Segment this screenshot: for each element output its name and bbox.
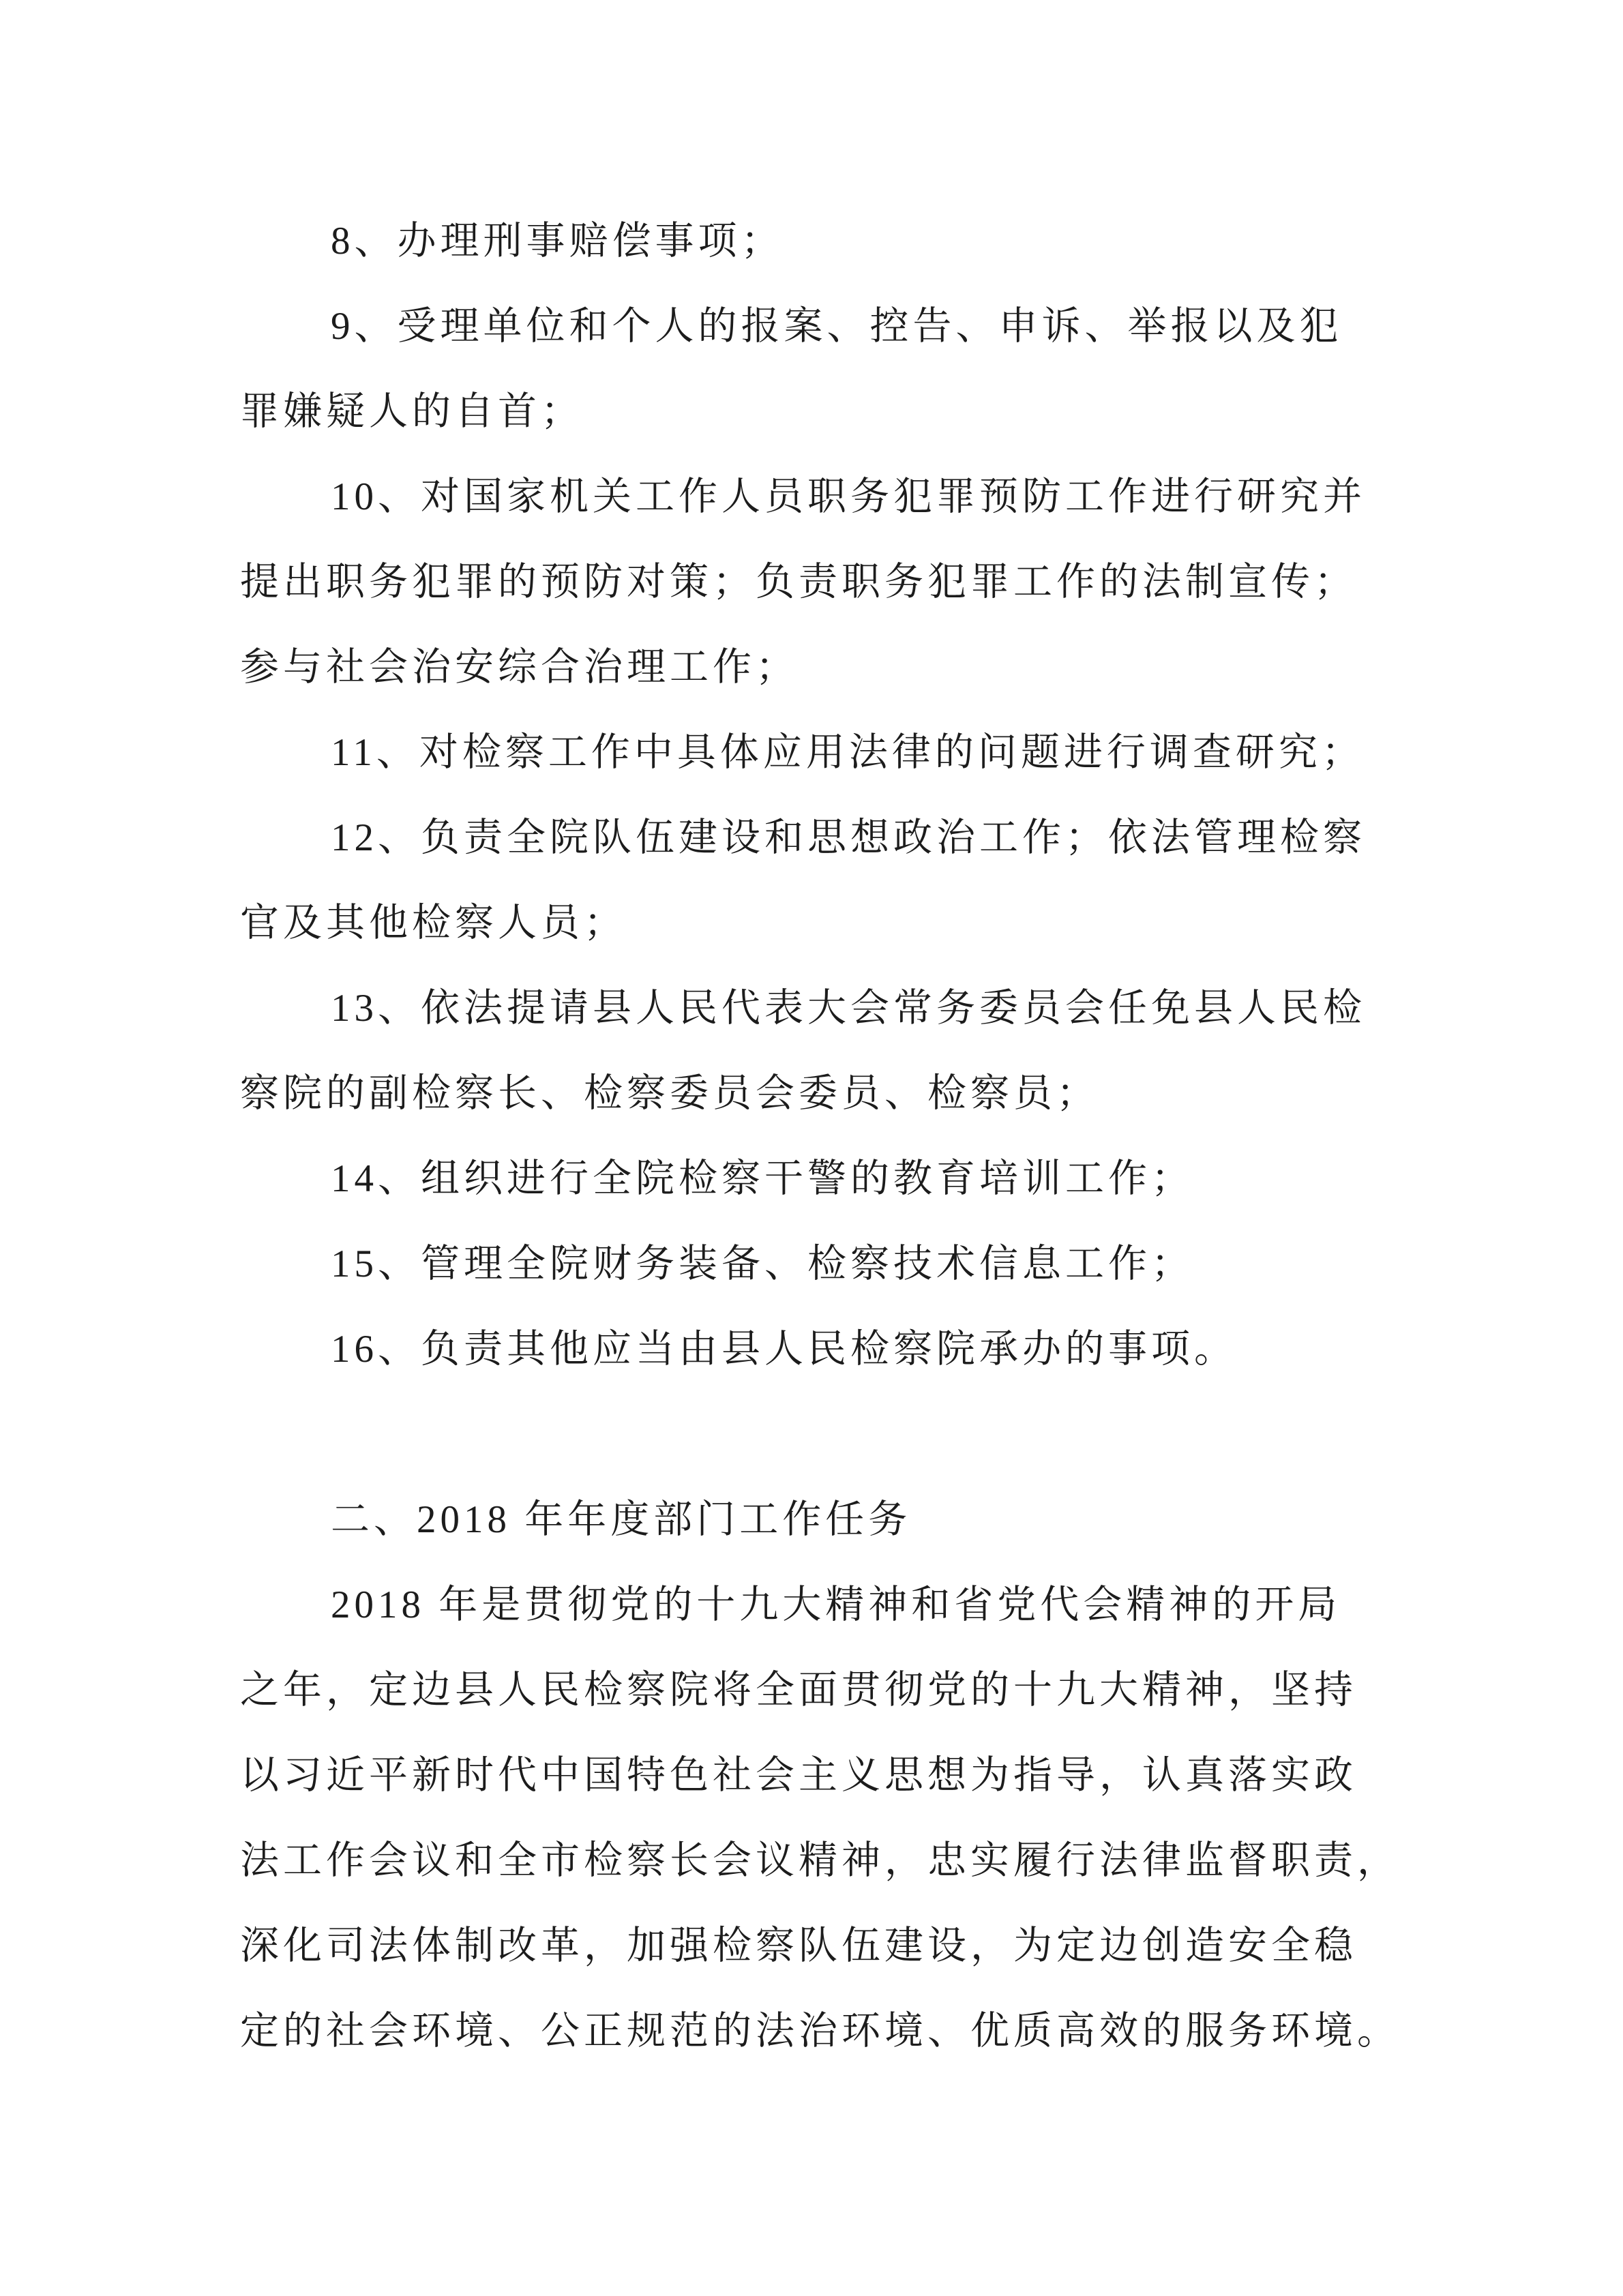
text-line: 参与社会治安综合治理工作； bbox=[240, 625, 1427, 710]
text-line: 10、对国家机关工作人员职务犯罪预防工作进行研究并 bbox=[240, 454, 1427, 539]
blank-line bbox=[240, 1392, 1427, 1477]
text-line: 12、负责全院队伍建设和思想政治工作；依法管理检察 bbox=[240, 795, 1427, 880]
text-line: 8、办理刑事赔偿事项； bbox=[240, 198, 1427, 284]
text-line: 11、对检察工作中具体应用法律的问题进行调查研究； bbox=[240, 710, 1427, 795]
text-line: 13、依法提请县人民代表大会常务委员会任免县人民检 bbox=[240, 966, 1427, 1051]
text-line: 深化司法体制改革，加强检察队伍建设，为定边创造安全稳 bbox=[240, 1903, 1427, 1988]
text-line: 2018 年是贯彻党的十九大精神和省党代会精神的开局 bbox=[240, 1562, 1427, 1648]
text-line: 法工作会议和全市检察长会议精神，忠实履行法律监督职责， bbox=[240, 1818, 1427, 1903]
text-line: 16、负责其他应当由县人民检察院承办的事项。 bbox=[240, 1307, 1427, 1392]
text-line: 之年，定边县人民检察院将全面贯彻党的十九大精神，坚持 bbox=[240, 1648, 1427, 1733]
text-line: 9、受理单位和个人的报案、控告、申诉、举报以及犯 bbox=[240, 284, 1427, 369]
text-line: 官及其他检察人员； bbox=[240, 880, 1427, 966]
text-line: 15、管理全院财务装备、检察技术信息工作； bbox=[240, 1221, 1427, 1307]
document-page: 8、办理刑事赔偿事项；9、受理单位和个人的报案、控告、申诉、举报以及犯罪嫌疑人的… bbox=[0, 0, 1623, 2296]
text-line: 二、2018 年年度部门工作任务 bbox=[240, 1477, 1427, 1562]
text-line: 罪嫌疑人的自首； bbox=[240, 369, 1427, 454]
text-line: 定的社会环境、公正规范的法治环境、优质高效的服务环境。 bbox=[240, 1988, 1427, 2074]
document-text-block: 8、办理刑事赔偿事项；9、受理单位和个人的报案、控告、申诉、举报以及犯罪嫌疑人的… bbox=[240, 198, 1427, 2074]
text-line: 察院的副检察长、检察委员会委员、检察员； bbox=[240, 1051, 1427, 1136]
text-line: 以习近平新时代中国特色社会主义思想为指导，认真落实政 bbox=[240, 1733, 1427, 1818]
text-line: 提出职务犯罪的预防对策；负责职务犯罪工作的法制宣传； bbox=[240, 539, 1427, 625]
text-line: 14、组织进行全院检察干警的教育培训工作； bbox=[240, 1136, 1427, 1221]
